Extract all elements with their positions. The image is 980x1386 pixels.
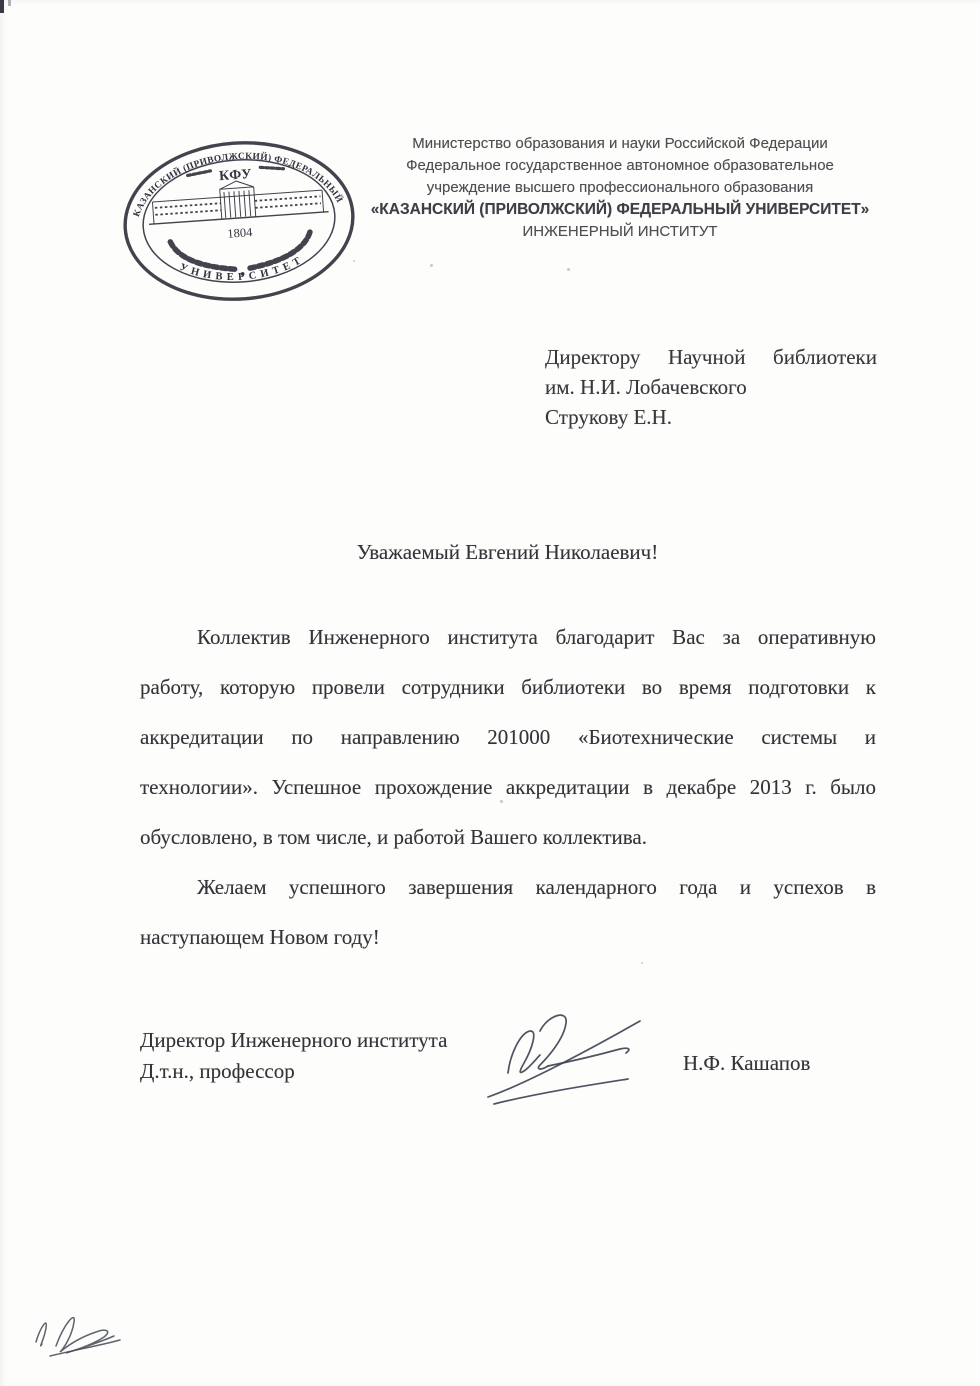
signer-role-line: Директор Инженерного института bbox=[140, 1025, 447, 1056]
laurel-sprig-right bbox=[260, 166, 283, 171]
body-line: работу, которую провели сотрудники библи… bbox=[140, 662, 876, 712]
letterhead-university-name: «КАЗАНСКИЙ (ПРИВОЛЖСКИЙ) ФЕДЕРАЛЬНЫЙ УНИ… bbox=[330, 199, 910, 221]
letterhead-line: Министерство образования и науки Российс… bbox=[330, 133, 910, 155]
seal-abbreviation: КФУ bbox=[219, 167, 253, 184]
addressee-line: Струкову Е.Н. bbox=[545, 402, 877, 432]
university-seal: КАЗАНСКИЙ (ПРИВОЛЖСКИЙ) ФЕДЕРАЛЬНЫЙ УНИВ… bbox=[113, 130, 366, 312]
letterhead-institute-name: ИНЖЕНЕРНЫЙ ИНСТИТУТ bbox=[330, 221, 910, 243]
university-seal-graphic: КАЗАНСКИЙ (ПРИВОЛЖСКИЙ) ФЕДЕРАЛЬНЫЙ УНИВ… bbox=[113, 130, 366, 312]
body-line: Коллектив Инженерного института благодар… bbox=[140, 612, 876, 662]
seal-founding-year: 1804 bbox=[227, 225, 254, 241]
scan-speck bbox=[430, 264, 433, 267]
scanned-letter-page: КАЗАНСКИЙ (ПРИВОЛЖСКИЙ) ФЕДЕРАЛЬНЫЙ УНИВ… bbox=[0, 0, 980, 1386]
body-line: обусловлено, в том числе, и работой Ваше… bbox=[140, 812, 876, 862]
letterhead-line: учреждение высшего профессионального обр… bbox=[330, 177, 910, 199]
letterhead: Министерство образования и науки Российс… bbox=[330, 133, 910, 243]
body-line: Желаем успешного завершения календарного… bbox=[140, 862, 876, 912]
letter-body: Коллектив Инженерного института благодар… bbox=[140, 612, 876, 962]
salutation: Уважаемый Евгений Николаевич! bbox=[140, 538, 875, 566]
signer-role-line: Д.т.н., профессор bbox=[140, 1056, 447, 1087]
director-handwritten-signature bbox=[478, 1005, 653, 1105]
body-line: технологии». Успешное прохождение аккред… bbox=[140, 762, 876, 812]
scan-speck bbox=[641, 962, 643, 964]
addressee-line: Директору Научной библиотеки bbox=[545, 342, 877, 372]
addressee-line: им. Н.И. Лобачевского bbox=[545, 372, 877, 402]
scan-speck bbox=[567, 268, 570, 271]
receipt-handwritten-mark bbox=[20, 1298, 150, 1363]
addressee-block: Директору Научной библиотеки им. Н.И. Ло… bbox=[545, 342, 877, 432]
scan-edge-artifact bbox=[8, 0, 11, 6]
body-line: наступающем Новом году! bbox=[140, 912, 876, 962]
scan-edge-artifact bbox=[0, 0, 4, 13]
signer-name: Н.Ф. Кашапов bbox=[683, 1048, 810, 1078]
body-line: аккредитации по направлению 201000 «Биот… bbox=[140, 712, 876, 762]
signer-role-block: Директор Инженерного института Д.т.н., п… bbox=[140, 1025, 447, 1087]
letterhead-line: Федеральное государственное автономное о… bbox=[330, 155, 910, 177]
